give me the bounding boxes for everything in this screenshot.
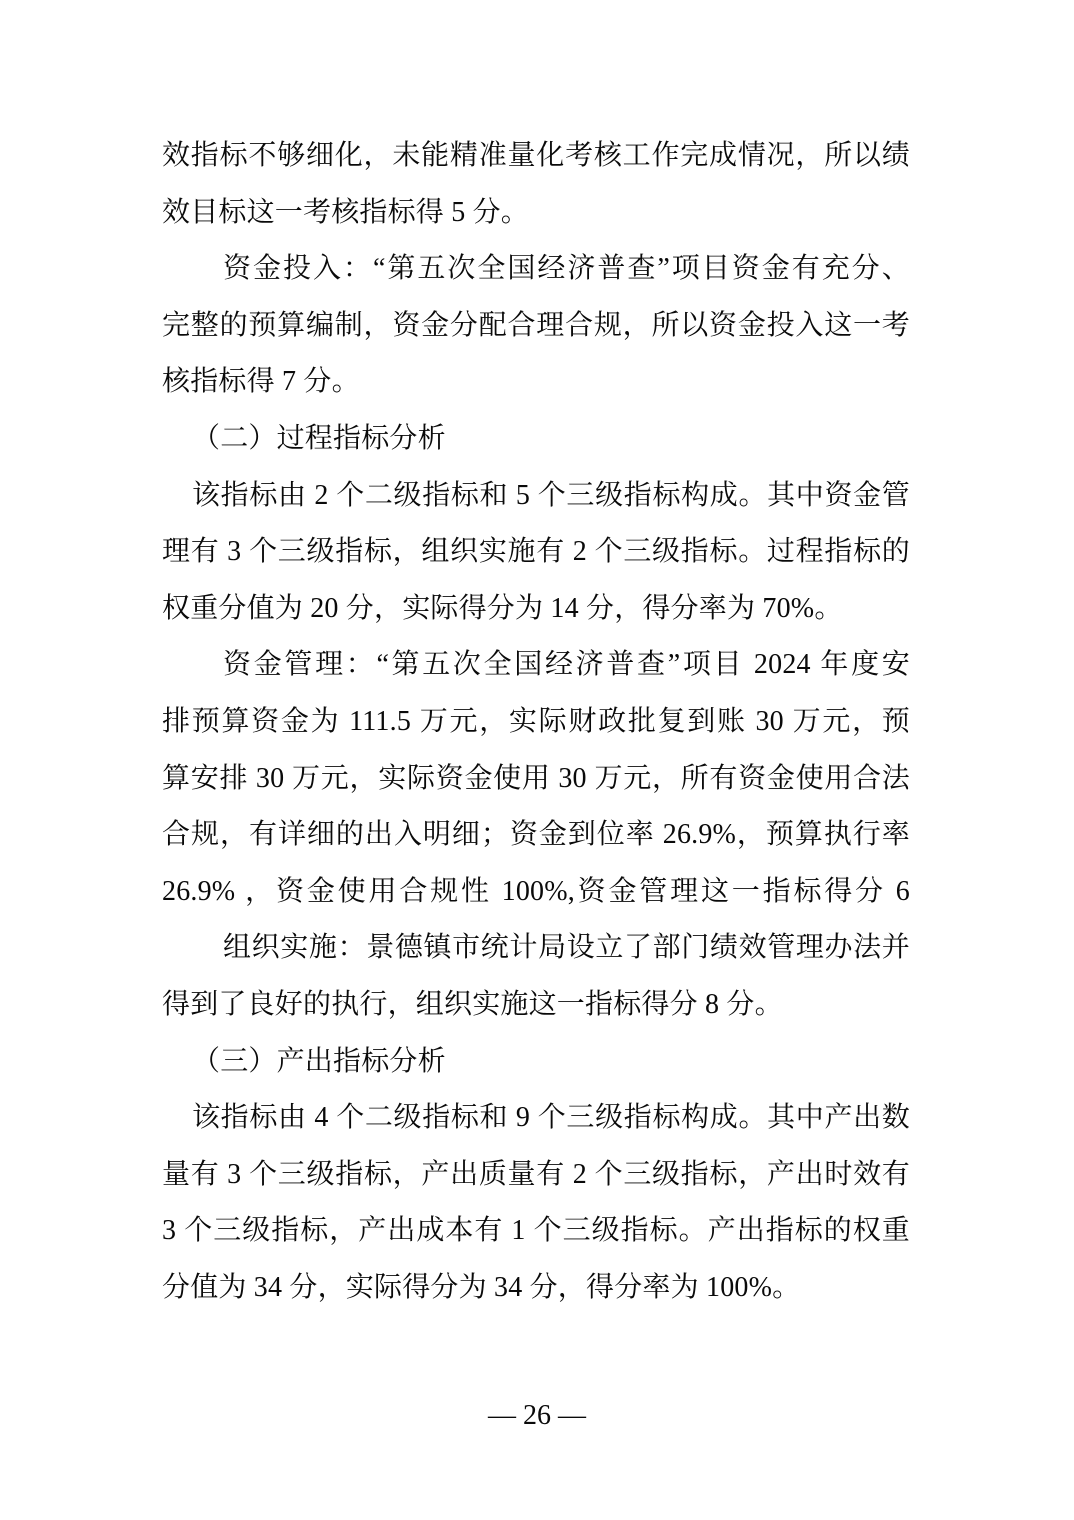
text-line: 权重分值为 20 分，实际得分为 14 分，得分率为 70%。: [162, 581, 910, 638]
text-line: 理有 3 个三级指标，组织实施有 2 个三级指标。过程指标的: [162, 524, 910, 581]
text-line: 资金投入：“第五次全国经济普查”项目资金有充分、: [162, 241, 910, 298]
text-line: 该指标由 2 个二级指标和 5 个三级指标构成。其中资金管: [162, 468, 910, 525]
page-number: — 26 —: [0, 1398, 1074, 1434]
text-line: 效指标不够细化，未能精准量化考核工作完成情况，所以绩: [162, 128, 910, 185]
text-line: 效目标这一考核指标得 5 分。: [162, 185, 910, 242]
section-heading: （三）产出指标分析: [162, 1034, 910, 1091]
text-line: 3 个三级指标，产出成本有 1 个三级指标。产出指标的权重: [162, 1203, 910, 1260]
text-line: 排预算资金为 111.5 万元，实际财政批复到账 30 万元，预: [162, 694, 910, 751]
text-line: 量有 3 个三级指标，产出质量有 2 个三级指标，产出时效有: [162, 1147, 910, 1204]
document-page: 效指标不够细化，未能精准量化考核工作完成情况，所以绩 效目标这一考核指标得 5 …: [0, 0, 1074, 1520]
text-line: 算安排 30 万元，实际资金使用 30 万元，所有资金使用合法: [162, 751, 910, 808]
text-line: 26.9% ，资金使用合规性 100%,资金管理这一指标得分 6 分。: [162, 864, 910, 921]
text-line: 合规，有详细的出入明细；资金到位率 26.9%，预算执行率: [162, 807, 910, 864]
section-heading: （二）过程指标分析: [162, 411, 910, 468]
document-body: 效指标不够细化，未能精准量化考核工作完成情况，所以绩 效目标这一考核指标得 5 …: [162, 128, 910, 1316]
text-line: 分值为 34 分，实际得分为 34 分，得分率为 100%。: [162, 1260, 910, 1317]
text-line: 得到了良好的执行，组织实施这一指标得分 8 分。: [162, 977, 910, 1034]
text-line: 该指标由 4 个二级指标和 9 个三级指标构成。其中产出数: [162, 1090, 910, 1147]
text-line: 资金管理：“第五次全国经济普查”项目 2024 年度安: [162, 637, 910, 694]
text-line: 组织实施：景德镇市统计局设立了部门绩效管理办法并: [162, 920, 910, 977]
text-line: 核指标得 7 分。: [162, 354, 910, 411]
text-line: 完整的预算编制，资金分配合理合规，所以资金投入这一考: [162, 298, 910, 355]
